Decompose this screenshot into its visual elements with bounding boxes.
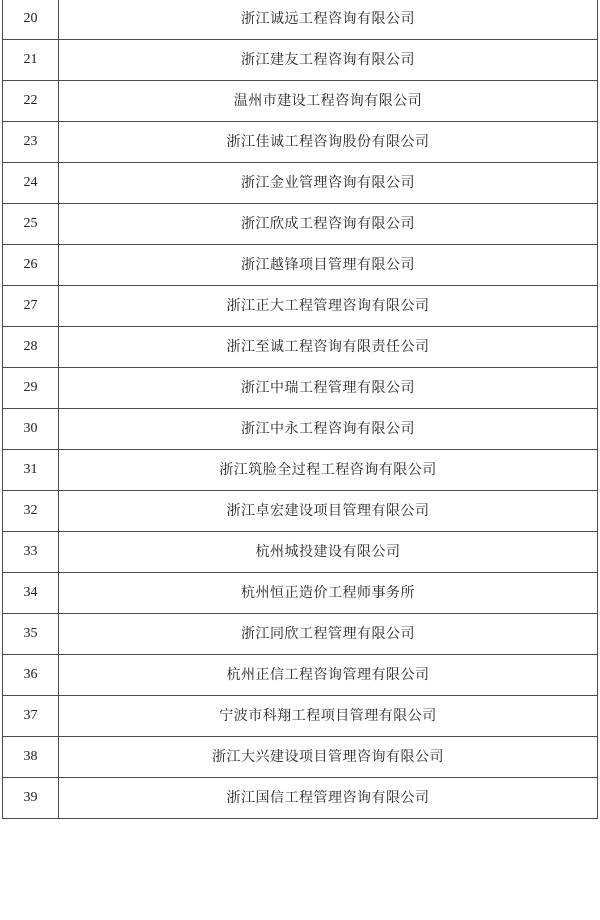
row-number: 23: [3, 122, 59, 163]
company-name: 浙江正大工程管理咨询有限公司: [59, 286, 598, 327]
company-name: 浙江欣成工程咨询有限公司: [59, 204, 598, 245]
company-list-table: 20 浙江诚远工程咨询有限公司 21 浙江建友工程咨询有限公司 22 温州市建设…: [2, 0, 598, 819]
table-row: 29 浙江中瑞工程管理有限公司: [3, 368, 598, 409]
table-row: 22 温州市建设工程咨询有限公司: [3, 81, 598, 122]
company-name: 浙江中永工程咨询有限公司: [59, 409, 598, 450]
row-number: 36: [3, 655, 59, 696]
company-name: 温州市建设工程咨询有限公司: [59, 81, 598, 122]
company-name: 浙江中瑞工程管理有限公司: [59, 368, 598, 409]
row-number: 38: [3, 737, 59, 778]
row-number: 35: [3, 614, 59, 655]
row-number: 32: [3, 491, 59, 532]
row-number: 24: [3, 163, 59, 204]
table-row: 31 浙江筑脸全过程工程咨询有限公司: [3, 450, 598, 491]
company-name: 浙江卓宏建设项目管理有限公司: [59, 491, 598, 532]
table-row: 35 浙江同欣工程管理有限公司: [3, 614, 598, 655]
company-name: 杭州正信工程咨询管理有限公司: [59, 655, 598, 696]
row-number: 33: [3, 532, 59, 573]
row-number: 37: [3, 696, 59, 737]
row-number: 29: [3, 368, 59, 409]
row-number: 25: [3, 204, 59, 245]
table-row: 21 浙江建友工程咨询有限公司: [3, 40, 598, 81]
company-name: 杭州城投建设有限公司: [59, 532, 598, 573]
table-row: 37 宁波市科翔工程项目管理有限公司: [3, 696, 598, 737]
table-row: 38 浙江大兴建设项目管理咨询有限公司: [3, 737, 598, 778]
row-number: 30: [3, 409, 59, 450]
table-row: 23 浙江佳诚工程咨询股份有限公司: [3, 122, 598, 163]
table-row: 25 浙江欣成工程咨询有限公司: [3, 204, 598, 245]
table-row: 26 浙江越锋项目管理有限公司: [3, 245, 598, 286]
table-row: 30 浙江中永工程咨询有限公司: [3, 409, 598, 450]
company-name: 浙江诚远工程咨询有限公司: [59, 0, 598, 40]
table-row: 36 杭州正信工程咨询管理有限公司: [3, 655, 598, 696]
company-name: 宁波市科翔工程项目管理有限公司: [59, 696, 598, 737]
row-number: 31: [3, 450, 59, 491]
row-number: 39: [3, 778, 59, 819]
row-number: 27: [3, 286, 59, 327]
row-number: 20: [3, 0, 59, 40]
row-number: 28: [3, 327, 59, 368]
company-name: 浙江佳诚工程咨询股份有限公司: [59, 122, 598, 163]
row-number: 34: [3, 573, 59, 614]
row-number: 26: [3, 245, 59, 286]
company-name: 浙江金业管理咨询有限公司: [59, 163, 598, 204]
table-row: 39 浙江国信工程管理咨询有限公司: [3, 778, 598, 819]
company-name: 杭州恒正造价工程师事务所: [59, 573, 598, 614]
company-list-sheet: 20 浙江诚远工程咨询有限公司 21 浙江建友工程咨询有限公司 22 温州市建设…: [2, 0, 598, 819]
table-row: 20 浙江诚远工程咨询有限公司: [3, 0, 598, 40]
table-row: 28 浙江至诚工程咨询有限责任公司: [3, 327, 598, 368]
row-number: 21: [3, 40, 59, 81]
company-name: 浙江建友工程咨询有限公司: [59, 40, 598, 81]
company-name: 浙江至诚工程咨询有限责任公司: [59, 327, 598, 368]
table-row: 34 杭州恒正造价工程师事务所: [3, 573, 598, 614]
company-name: 浙江国信工程管理咨询有限公司: [59, 778, 598, 819]
company-name: 浙江越锋项目管理有限公司: [59, 245, 598, 286]
company-name: 浙江大兴建设项目管理咨询有限公司: [59, 737, 598, 778]
table-row: 24 浙江金业管理咨询有限公司: [3, 163, 598, 204]
row-number: 22: [3, 81, 59, 122]
table-row: 33 杭州城投建设有限公司: [3, 532, 598, 573]
company-name: 浙江筑脸全过程工程咨询有限公司: [59, 450, 598, 491]
table-row: 32 浙江卓宏建设项目管理有限公司: [3, 491, 598, 532]
table-row: 27 浙江正大工程管理咨询有限公司: [3, 286, 598, 327]
company-name: 浙江同欣工程管理有限公司: [59, 614, 598, 655]
